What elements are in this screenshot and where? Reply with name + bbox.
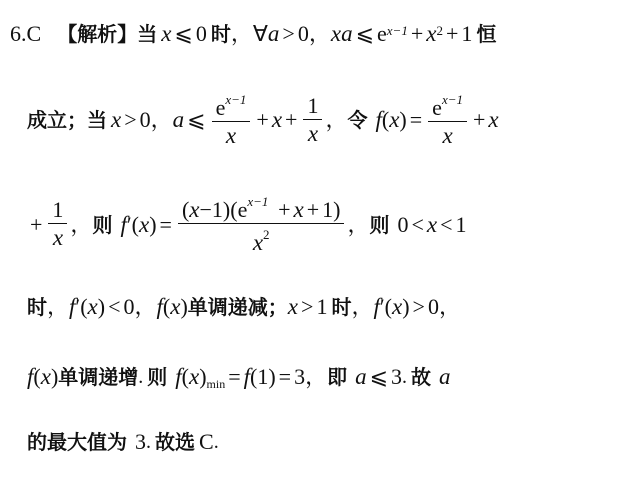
- var-x: x: [389, 108, 399, 132]
- exponent-x-minus-1: x−1: [225, 92, 246, 107]
- num-1: 1: [257, 365, 268, 389]
- punct-semicolon: ；: [268, 295, 288, 319]
- exponent-x-minus-1: x−1: [442, 92, 463, 107]
- var-a: a: [341, 22, 353, 46]
- op-gt: >: [124, 108, 136, 132]
- fraction-exp-over-x: ex−1 x: [212, 92, 251, 148]
- num-1: 1: [322, 197, 333, 222]
- paren-open: (: [230, 197, 237, 222]
- text-ji: 即: [327, 365, 347, 389]
- var-x: x: [139, 213, 149, 237]
- op-plus: +: [278, 197, 290, 222]
- paren-open: (: [80, 295, 87, 319]
- paren-close: ): [180, 295, 187, 319]
- op-leq: ⩽: [187, 108, 205, 132]
- num-0: 0: [428, 295, 439, 319]
- fraction-one-over-x: 1 x: [48, 199, 67, 250]
- num-1: 1: [461, 22, 472, 46]
- num-3: 3: [294, 365, 305, 389]
- punct-comma: ，: [135, 295, 157, 319]
- text-choose: 故选: [155, 430, 195, 454]
- paren-open: (: [250, 365, 257, 389]
- punct-comma: ，: [70, 213, 92, 237]
- const-e: e: [432, 95, 442, 120]
- const-e: e: [216, 95, 226, 120]
- op-minus: −: [199, 197, 211, 222]
- var-x: x: [253, 230, 263, 255]
- op-lt: <: [440, 213, 452, 237]
- var-x: x: [111, 108, 121, 132]
- var-x: x: [53, 225, 63, 250]
- num-1: 1: [52, 197, 63, 222]
- exponent-2: 2: [263, 227, 270, 242]
- num-0: 0: [124, 295, 135, 319]
- question-number: 6.: [10, 22, 27, 46]
- var-x: x: [88, 295, 98, 319]
- var-x: x: [293, 197, 303, 222]
- num-0: 0: [196, 22, 207, 46]
- exponent-2: 2: [436, 19, 443, 43]
- section-label: 解析: [77, 22, 117, 46]
- text-dang: 当: [87, 108, 107, 132]
- subscript-min: min: [207, 372, 226, 396]
- paren-close: ): [199, 365, 206, 389]
- op-plus: +: [30, 213, 42, 237]
- text-ze: 则: [92, 213, 112, 237]
- var-a: a: [355, 365, 367, 389]
- op-eq: =: [410, 108, 422, 132]
- num-0: 0: [298, 22, 309, 46]
- paren-close: ): [98, 295, 105, 319]
- exponent-x-minus-1: x−1: [247, 194, 268, 209]
- paren-close: ): [268, 365, 275, 389]
- text-monotone-increasing: 单调递增: [58, 365, 138, 389]
- var-x: x: [189, 365, 199, 389]
- punct-period: .: [146, 430, 151, 454]
- op-plus: +: [473, 108, 485, 132]
- text-chengli: 成立: [27, 108, 67, 132]
- num-1: 1: [307, 93, 318, 118]
- fraction-exp-over-x: ex−1 x: [428, 92, 467, 148]
- num-1: 1: [456, 213, 467, 237]
- paren-close: ): [149, 213, 156, 237]
- punct-period: .: [138, 365, 143, 389]
- var-a: a: [173, 108, 185, 132]
- paren-open: (: [33, 365, 40, 389]
- text-dang: 当: [137, 22, 157, 46]
- text-monotone-decreasing: 单调递减: [188, 295, 268, 319]
- text-shi: 时: [211, 22, 231, 46]
- punct-comma: ，: [439, 295, 461, 319]
- text-ling: 令: [347, 108, 367, 132]
- var-x: x: [170, 295, 180, 319]
- solution-line-6: 的最大值为 3. 故选 C.: [27, 430, 219, 454]
- op-leq: ⩽: [174, 22, 192, 46]
- op-plus: +: [256, 108, 268, 132]
- num-3: 3: [391, 365, 402, 389]
- punct-comma: ，: [309, 22, 331, 46]
- var-x: x: [161, 22, 171, 46]
- var-x: x: [272, 108, 282, 132]
- var-x: x: [427, 213, 437, 237]
- num-1: 1: [212, 197, 223, 222]
- op-plus: +: [446, 22, 458, 46]
- bracket-open: 【: [57, 22, 77, 46]
- const-e: e: [377, 22, 387, 46]
- punct-comma: ，: [151, 108, 173, 132]
- var-x: x: [288, 295, 298, 319]
- solution-line-4: 时 ， f′(x) < 0 ， f(x) 单调递减 ； x > 1 时 ， f′…: [27, 295, 461, 319]
- op-leq: ⩽: [370, 365, 388, 389]
- text-max-value-is: 的最大值为: [27, 430, 127, 454]
- text-ze: 则: [369, 213, 389, 237]
- solution-line-1: 6. C 【 解析 】 当 x ⩽ 0 时 ， ∀ a > 0 ， xa ⩽ e…: [10, 22, 496, 46]
- punct-period: .: [402, 365, 407, 389]
- var-x: x: [189, 197, 199, 222]
- exponent-x-minus-1: x−1: [387, 19, 408, 43]
- bracket-close: 】: [117, 22, 137, 46]
- op-gt: >: [301, 295, 313, 319]
- text-shi: 时: [331, 295, 351, 319]
- punct-period: .: [214, 430, 219, 454]
- op-eq: =: [228, 365, 240, 389]
- var-x: x: [308, 121, 318, 146]
- punct-comma: ，: [47, 295, 69, 319]
- var-x: x: [226, 123, 236, 148]
- var-x: x: [392, 295, 402, 319]
- forall-symbol: ∀: [253, 22, 268, 46]
- answer-letter: C: [199, 430, 214, 454]
- op-plus: +: [411, 22, 423, 46]
- paren-close: ): [399, 108, 406, 132]
- punct-comma: ，: [325, 108, 347, 132]
- answer-letter: C: [27, 22, 42, 46]
- solution-line-2: 成立 ； 当 x > 0 ， a ⩽ ex−1 x + x + 1 x ， 令 …: [27, 92, 499, 148]
- var-x: x: [41, 365, 51, 389]
- paren-close: ): [333, 197, 340, 222]
- text-ze: 则: [147, 365, 167, 389]
- num-3: 3: [135, 430, 146, 454]
- op-eq: =: [160, 213, 172, 237]
- num-0: 0: [397, 213, 408, 237]
- num-0: 0: [140, 108, 151, 132]
- op-gt: >: [413, 295, 425, 319]
- paren-close: ): [402, 295, 409, 319]
- text-shi: 时: [27, 295, 47, 319]
- text-gu: 故: [411, 365, 431, 389]
- var-x: x: [331, 22, 341, 46]
- punct-semicolon: ；: [67, 108, 87, 132]
- paren-open: (: [385, 295, 392, 319]
- op-eq: =: [279, 365, 291, 389]
- paren-open: (: [182, 365, 189, 389]
- fraction-one-over-x: 1 x: [303, 95, 322, 146]
- punct-comma: ，: [305, 365, 327, 389]
- paren-open: (: [132, 213, 139, 237]
- var-x: x: [442, 123, 452, 148]
- punct-comma: ，: [351, 295, 373, 319]
- punct-comma: ，: [231, 22, 253, 46]
- op-gt: >: [282, 22, 294, 46]
- text-heng: 恒: [476, 22, 496, 46]
- op-plus: +: [307, 197, 319, 222]
- paren-close: ): [51, 365, 58, 389]
- var-x: x: [426, 22, 436, 46]
- fraction-derivative: (x−1)(ex−1 +x+1) x2: [178, 194, 345, 255]
- punct-comma: ，: [347, 213, 369, 237]
- var-x: x: [488, 108, 498, 132]
- op-plus: +: [285, 108, 297, 132]
- solution-line-3: + 1 x ， 则 f′(x) = (x−1)(ex−1 +x+1) x2 ， …: [27, 194, 467, 255]
- op-leq: ⩽: [356, 22, 374, 46]
- num-1: 1: [316, 295, 327, 319]
- var-a: a: [268, 22, 280, 46]
- const-e: e: [238, 197, 248, 222]
- solution-line-5: f(x) 单调递增 . 则 f(x)min = f(1) = 3 ， 即 a ⩽…: [27, 365, 451, 389]
- op-lt: <: [108, 295, 120, 319]
- op-lt: <: [411, 213, 423, 237]
- var-a: a: [439, 365, 451, 389]
